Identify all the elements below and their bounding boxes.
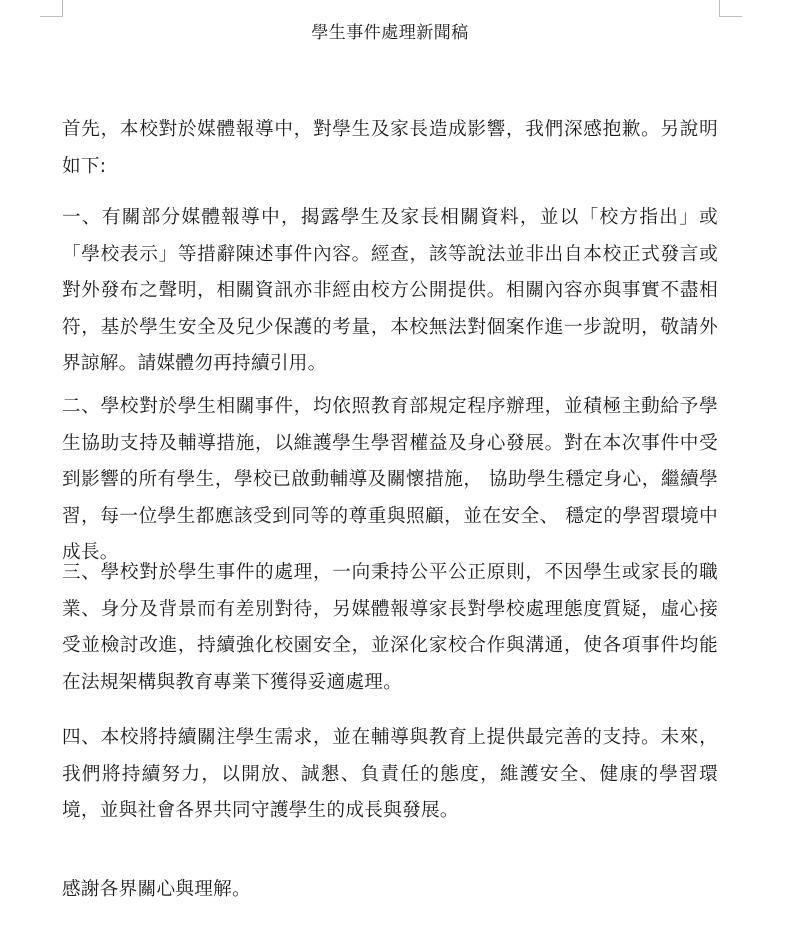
page-corner-mark-right [719,0,742,17]
page-corner-mark-left [40,0,63,17]
paragraph-2: 二、學校對於學生相關事件，均依照教育部規定程序辦理，並積極主動給予學生協助支持及… [62,389,718,572]
paragraph-1: 一、有關部分媒體報導中，揭露學生及家長相關資料，並以「校方指出」或「學校表示」等… [62,200,718,383]
intro-paragraph: 首先，本校對於媒體報導中，對學生及家長造成影響，我們深感抱歉。另說明如下: [62,112,718,185]
closing-line: 感謝各界關心與理解。 [62,872,718,909]
paragraph-4: 四、本校將持續關注學生需求，並在輔導與教育上提供最完善的支持。未來，我們將持續努… [62,720,718,830]
document-title: 學生事件處理新聞稿 [62,20,718,46]
paragraph-3: 三、學校對於學生事件的處理，一向秉持公平公正原則，不因學生或家長的職業、身分及背… [62,555,718,701]
